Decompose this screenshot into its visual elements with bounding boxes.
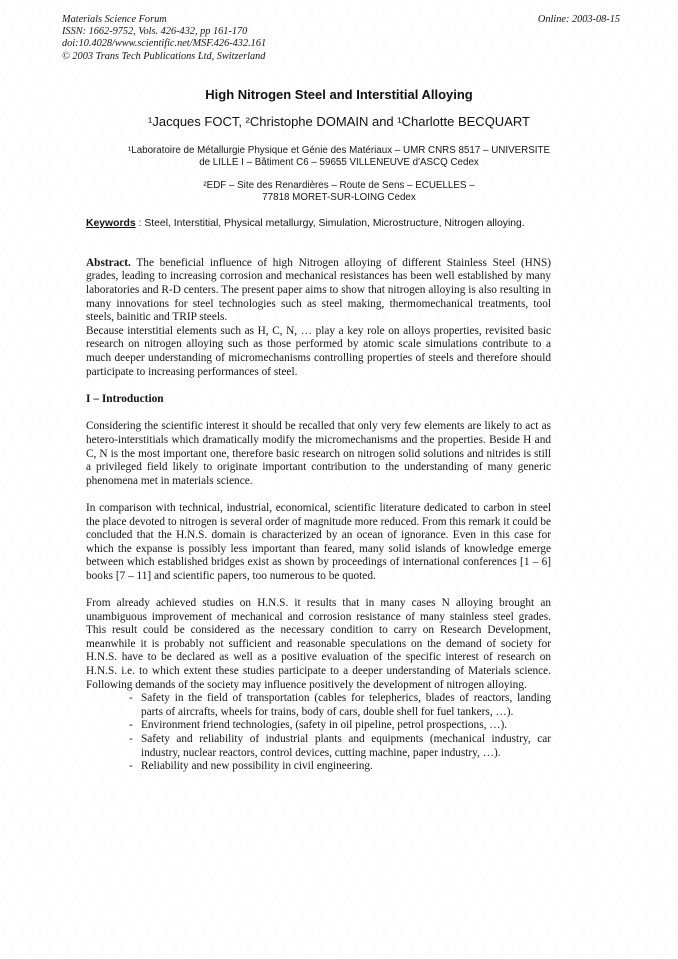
bullet-dash: -	[129, 719, 141, 733]
journal-name: Materials Science Forum	[62, 14, 266, 26]
paper-page: Materials Science Forum ISSN: 1662-9752,…	[0, 0, 678, 959]
affiliation-2-line-1: ²EDF – Site des Renardières – Route de S…	[0, 180, 678, 192]
bullet-text-3: Safety and reliability of industrial pla…	[141, 733, 551, 760]
issn-line: ISSN: 1662-9752, Vols. 426-432, pp 161-1…	[62, 26, 266, 38]
abstract-paragraph-2: Because interstitial elements such as H,…	[86, 325, 551, 379]
bullet-text-1: Safety in the field of transportation (c…	[141, 692, 551, 719]
journal-header: Materials Science Forum ISSN: 1662-9752,…	[62, 14, 620, 63]
paper-title: High Nitrogen Steel and Interstitial All…	[0, 87, 678, 102]
list-item: - Safety and reliability of industrial p…	[86, 733, 551, 760]
intro-paragraph-2: In comparison with technical, industrial…	[86, 502, 551, 584]
copyright-line: © 2003 Trans Tech Publications Ltd, Swit…	[62, 51, 266, 63]
bullet-dash: -	[129, 760, 141, 774]
affiliation-2-line-2: 77818 MORET-SUR-LOING Cedex	[0, 192, 678, 204]
intro-paragraph-3: From already achieved studies on H.N.S. …	[86, 597, 551, 692]
list-item: - Environment friend technologies, (safe…	[86, 719, 551, 733]
journal-info: Materials Science Forum ISSN: 1662-9752,…	[62, 14, 266, 63]
bullet-text-2: Environment friend technologies, (safety…	[141, 719, 551, 733]
body-text: Abstract. The beneficial influence of hi…	[86, 257, 551, 774]
affiliation-2: ²EDF – Site des Renardières – Route de S…	[0, 180, 678, 204]
section-heading-introduction: I – Introduction	[86, 393, 551, 407]
affiliation-1-line-1: ¹Laboratoire de Métallurgie Physique et …	[0, 145, 678, 157]
online-date: Online: 2003-08-15	[538, 14, 620, 26]
affiliation-1: ¹Laboratoire de Métallurgie Physique et …	[0, 145, 678, 169]
bullet-dash: -	[129, 692, 141, 719]
keywords-text: : Steel, Interstitial, Physical metallur…	[139, 218, 525, 229]
abstract: Abstract. The beneficial influence of hi…	[86, 257, 551, 379]
abstract-label: Abstract.	[86, 257, 131, 269]
abstract-text-1: The beneficial influence of high Nitroge…	[86, 257, 551, 323]
keywords-label: Keywords	[86, 218, 136, 229]
bullet-dash: -	[129, 733, 141, 760]
affiliation-1-line-2: de LILLE I – Bâtiment C6 – 59655 VILLENE…	[0, 157, 678, 169]
bullet-list: - Safety in the field of transportation …	[86, 692, 551, 774]
bullet-text-4: Reliability and new possibility in civil…	[141, 760, 551, 774]
intro-paragraph-1: Considering the scientific interest it s…	[86, 420, 551, 488]
list-item: - Safety in the field of transportation …	[86, 692, 551, 719]
authors-line: ¹Jacques FOCT, ²Christophe DOMAIN and ¹C…	[0, 114, 678, 129]
list-item: - Reliability and new possibility in civ…	[86, 760, 551, 774]
doi-line: doi:10.4028/www.scientific.net/MSF.426-4…	[62, 38, 266, 50]
keywords-line: Keywords : Steel, Interstitial, Physical…	[86, 218, 554, 229]
abstract-paragraph-1: Abstract. The beneficial influence of hi…	[86, 257, 551, 325]
